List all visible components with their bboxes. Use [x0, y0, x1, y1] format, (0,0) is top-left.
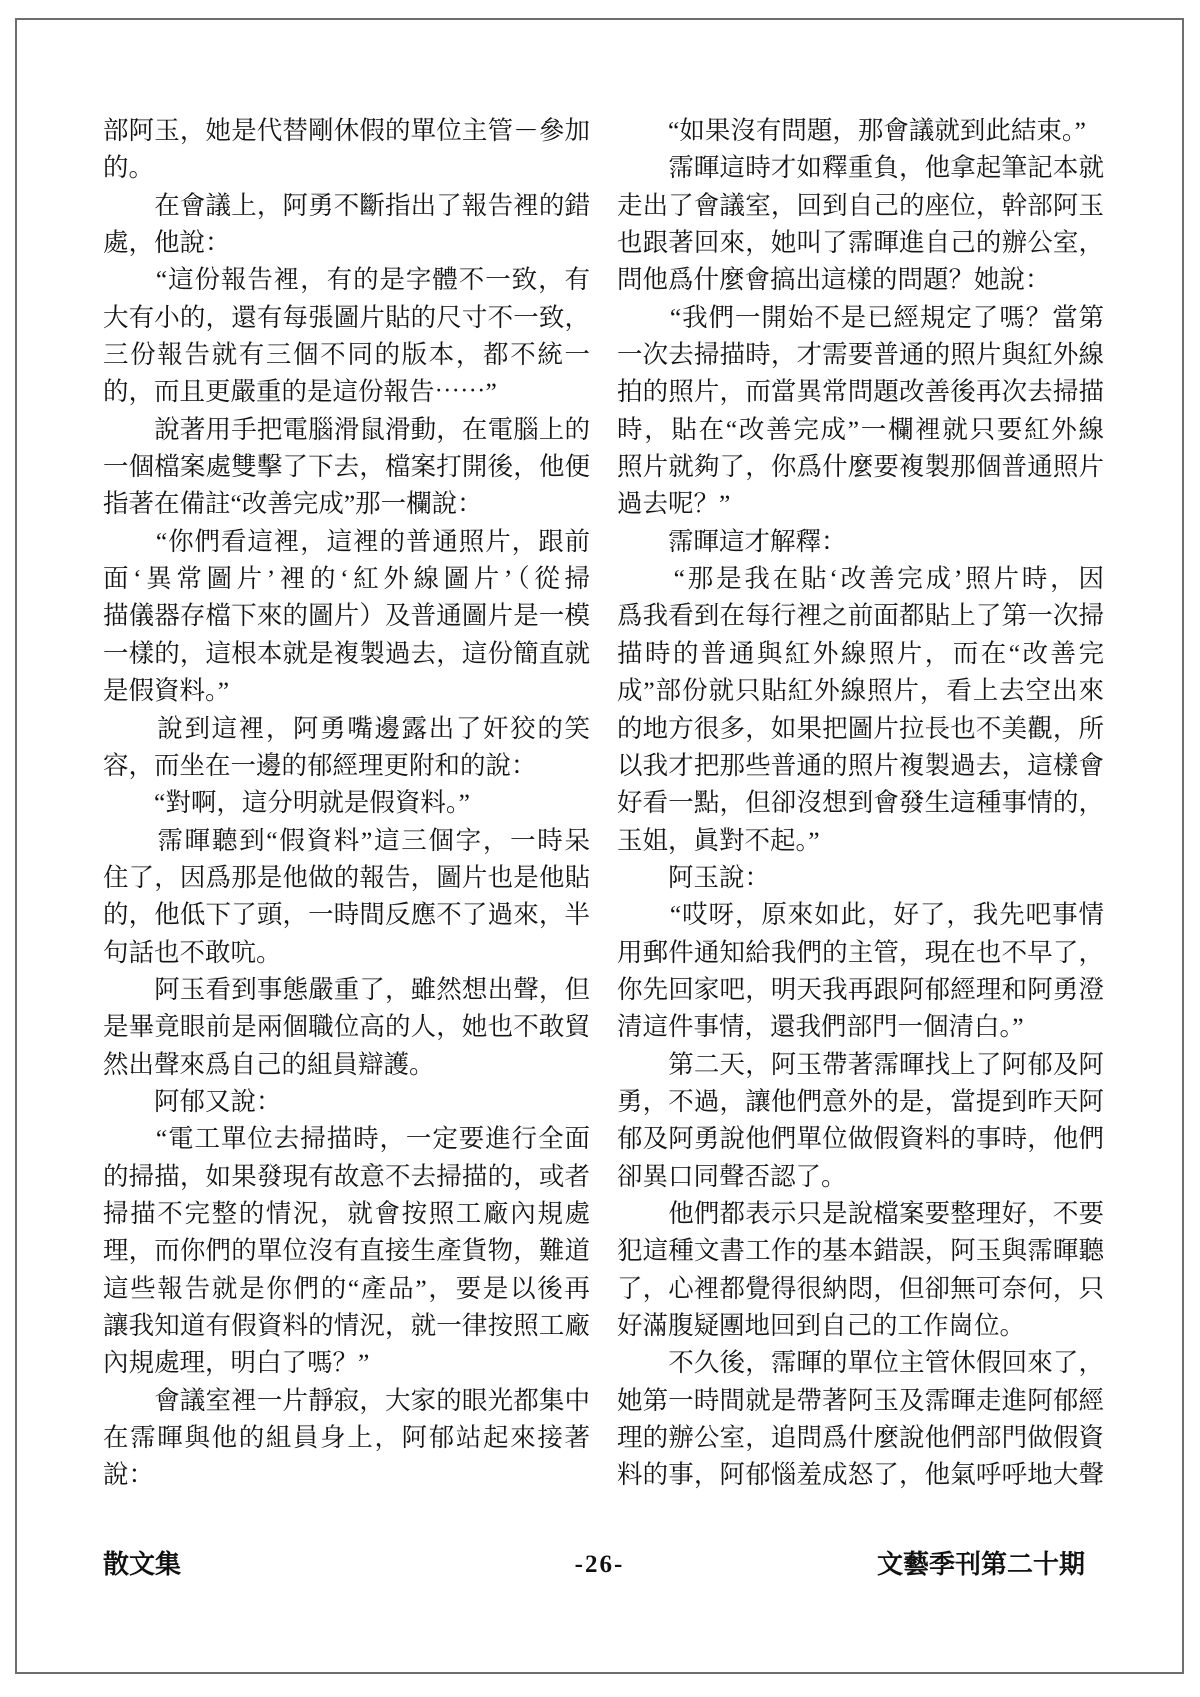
- text-line: 一個檔案處雙擊了下去，檔案打開後，他便: [103, 448, 590, 485]
- text-line: 勇，不過，讓他們意外的是，當提到昨天阿: [617, 1083, 1104, 1120]
- text-line: 料的事，阿郁惱羞成怒了，他氣呼呼地大聲: [617, 1456, 1104, 1493]
- text-line: 她第一時間就是帶著阿玉及霈暉走進阿郁經: [617, 1382, 1104, 1419]
- footer-journal-title: 文藝季刊第二十期: [877, 1548, 1085, 1582]
- text-line: 的，他低下了頭，一時間反應不了過來，半: [103, 896, 590, 933]
- text-line: 說：: [103, 1456, 590, 1493]
- text-line: 容，而坐在一邊的郁經理更附和的說：: [103, 747, 590, 784]
- text-line: 用郵件通知給我們的主管，現在也不早了，: [617, 934, 1104, 971]
- text-line: 霈暉這時才如釋重負，他拿起筆記本就: [617, 149, 1104, 186]
- text-line: “對啊，這分明就是假資料。”: [103, 784, 590, 821]
- text-line: 是假資料。”: [103, 672, 590, 709]
- text-line: 第二天，阿玉帶著霈暉找上了阿郁及阿: [617, 1046, 1104, 1083]
- text-line: 成”部份就只貼紅外線照片，看上去空出來: [617, 672, 1104, 709]
- text-line: 指著在備註“改善完成”那一欄說：: [103, 485, 590, 522]
- text-line: 你先回家吧，明天我再跟阿郁經理和阿勇澄: [617, 971, 1104, 1008]
- text-column-left: 部阿玉，她是代替剛休假的單位主管－參加的。 在會議上，阿勇不斷指出了報告裡的錯處…: [103, 112, 590, 1494]
- text-line: 好看一點，但卻沒想到會發生這種事情的，: [617, 784, 1104, 821]
- text-line: 拍的照片，而當異常問題改善後再次去掃描: [617, 373, 1104, 410]
- text-line: 阿玉看到事態嚴重了，雖然想出聲，但: [103, 971, 590, 1008]
- text-line: 清這件事情，還我們部門一個清白。”: [617, 1008, 1104, 1045]
- text-line: 在霈暉與他的組員身上，阿郁站起來接著: [103, 1419, 590, 1456]
- text-line: 是畢竟眼前是兩個職位高的人，她也不敢貿: [103, 1008, 590, 1045]
- text-line: 說著用手把電腦滑鼠滑動，在電腦上的: [103, 411, 590, 448]
- text-line: “這份報告裡，有的是字體不一致，有: [103, 261, 590, 298]
- text-line: “哎呀，原來如此，好了，我先吧事情: [617, 896, 1104, 933]
- text-line: 阿郁又說：: [103, 1083, 590, 1120]
- text-line: “那是我在貼‘改善完成’照片時，因: [617, 560, 1104, 597]
- text-line: 讓我知道有假資料的情況，就一律按照工廠: [103, 1307, 590, 1344]
- text-line: 過去呢？”: [617, 485, 1104, 522]
- text-line: “如果沒有問題，那會議就到此結束。”: [617, 112, 1104, 149]
- scanned-document-page: 部阿玉，她是代替剛休假的單位主管－參加的。 在會議上，阿勇不斷指出了報告裡的錯處…: [0, 0, 1200, 1697]
- text-line: 三份報告就有三個不同的版本，都不統一: [103, 336, 590, 373]
- text-line: 阿玉說：: [617, 859, 1104, 896]
- text-line: 爲我看到在每行裡之前面都貼上了第一次掃: [617, 597, 1104, 634]
- text-line: 面‘異常圖片’裡的‘紅外線圖片’（從掃: [103, 560, 590, 597]
- text-line: 描時的普通與紅外線照片，而在“改善完: [617, 635, 1104, 672]
- text-line: 卻異口同聲否認了。: [617, 1158, 1104, 1195]
- text-line: 大有小的，還有每張圖片貼的尺寸不一致，: [103, 299, 590, 336]
- text-line: 住了，因爲那是他做的報告，圖片也是他貼: [103, 859, 590, 896]
- text-line: 說到這裡，阿勇嘴邊露出了奸狡的笑: [103, 710, 590, 747]
- text-line: 也跟著回來，她叫了霈暉進自己的辦公室，: [617, 224, 1104, 261]
- text-line: 了，心裡都覺得很納悶，但卻無可奈何，只: [617, 1270, 1104, 1307]
- text-line: 掃描不完整的情況，就會按照工廠內規處: [103, 1195, 590, 1232]
- text-line: 玉姐，眞對不起。”: [617, 822, 1104, 859]
- text-line: 問他爲什麼會搞出這樣的問題？她說：: [617, 261, 1104, 298]
- text-line: 好滿腹疑團地回到自己的工作崗位。: [617, 1307, 1104, 1344]
- text-line: 走出了會議室，回到自己的座位，幹部阿玉: [617, 187, 1104, 224]
- text-line: 時，貼在“改善完成”一欄裡就只要紅外線: [617, 411, 1104, 448]
- text-line: 霈暉聽到“假資料”這三個字，一時呆: [103, 822, 590, 859]
- text-line: 的地方很多，如果把圖片拉長也不美觀，所: [617, 710, 1104, 747]
- text-line: 犯這種文書工作的基本錯誤，阿玉與霈暉聽: [617, 1232, 1104, 1269]
- text-line: 描儀器存檔下來的圖片）及普通圖片是一模: [103, 597, 590, 634]
- text-line: 不久後，霈暉的單位主管休假回來了，: [617, 1344, 1104, 1381]
- text-line: 的。: [103, 149, 590, 186]
- text-line: 這些報告就是你們的“產品”，要是以後再: [103, 1270, 590, 1307]
- text-line: 然出聲來爲自己的組員辯護。: [103, 1046, 590, 1083]
- page-number: -26-: [575, 1548, 625, 1582]
- text-line: 以我才把那些普通的照片複製過去，這樣會: [617, 747, 1104, 784]
- text-line: “我們一開始不是已經規定了嗎？當第: [617, 299, 1104, 336]
- text-line: 理，而你們的單位沒有直接生產貨物，難道: [103, 1232, 590, 1269]
- text-line: 郁及阿勇說他們單位做假資料的事時，他們: [617, 1120, 1104, 1157]
- text-line: 霈暉這才解釋：: [617, 523, 1104, 560]
- text-line: 的，而且更嚴重的是這份報告⋯⋯”: [103, 373, 590, 410]
- text-line: “電工單位去掃描時，一定要進行全面: [103, 1120, 590, 1157]
- text-column-right: “如果沒有問題，那會議就到此結束。” 霈暉這時才如釋重負，他拿起筆記本就走出了會…: [617, 112, 1104, 1494]
- text-line: 一次去掃描時，才需要普通的照片與紅外線: [617, 336, 1104, 373]
- text-line: 理的辦公室，追問爲什麼說他們部門做假資: [617, 1419, 1104, 1456]
- text-line: 在會議上，阿勇不斷指出了報告裡的錯: [103, 187, 590, 224]
- text-line: 句話也不敢吭。: [103, 934, 590, 971]
- text-line: 內規處理，明白了嗎？”: [103, 1344, 590, 1381]
- text-line: 照片就夠了，你爲什麼要複製那個普通照片: [617, 448, 1104, 485]
- footer-book-title: 散文集: [103, 1548, 181, 1582]
- text-line: 一樣的，這根本就是複製過去，這份簡直就: [103, 635, 590, 672]
- text-line: 的掃描，如果發現有故意不去掃描的，或者: [103, 1158, 590, 1195]
- text-line: 會議室裡一片靜寂，大家的眼光都集中: [103, 1382, 590, 1419]
- text-line: 處，他說：: [103, 224, 590, 261]
- text-line: “你們看這裡，這裡的普通照片，跟前: [103, 523, 590, 560]
- text-line: 部阿玉，她是代替剛休假的單位主管－參加: [103, 112, 590, 149]
- text-line: 他們都表示只是說檔案要整理好，不要: [617, 1195, 1104, 1232]
